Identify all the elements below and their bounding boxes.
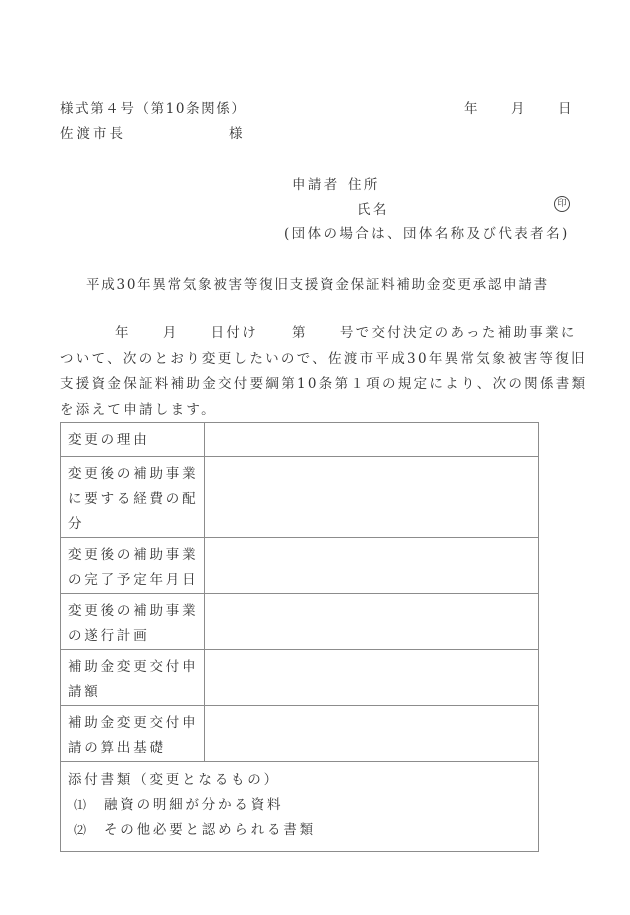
application-table: 変更の理由 変更後の補助事業 に要する経費の配 分 変更後の補助事業 の完了予定…	[60, 422, 539, 852]
row-label-line: 変更後の補助事業	[68, 462, 204, 487]
date-year-label: 年	[464, 97, 478, 117]
row-label-line: 変更後の補助事業	[68, 599, 204, 624]
document-title: 平成30年異常気象被害等復旧支援資金保証料補助金変更承認申請書	[86, 273, 549, 293]
body-line-1: 年月日付け第号で交付決定のあった補助事業に	[60, 321, 560, 347]
table-row-attachments: 添付書類（変更となるもの） ⑴融資の明細が分かる資料 ⑵その他必要と認められる書…	[61, 762, 539, 852]
table-row-completion-date: 変更後の補助事業 の完了予定年月日	[61, 538, 539, 594]
recipient: 佐渡市長	[60, 122, 126, 142]
reason-value-field[interactable]	[205, 423, 539, 457]
row-label: 変更後の補助事業 に要する経費の配 分	[61, 457, 205, 538]
row-label-line: に要する経費の配	[68, 487, 204, 512]
execution-plan-value-field[interactable]	[205, 594, 539, 650]
row-label-line: 分	[68, 512, 204, 537]
row-label: 補助金変更交付申 請額	[61, 650, 205, 706]
row-label: 補助金変更交付申 請の算出基礎	[61, 706, 205, 762]
date-day-label: 日	[558, 97, 572, 117]
row-label-line: の完了予定年月日	[68, 568, 204, 593]
attachment-text: 融資の明細が分かる資料	[104, 797, 283, 813]
attachment-number: ⑵	[74, 818, 104, 843]
body-line-4: を添えて申請します。	[60, 398, 560, 424]
table-row-reason: 変更の理由	[61, 423, 539, 457]
row-label-line: の遂行計画	[68, 624, 204, 649]
table-row-expense-allocation: 変更後の補助事業 に要する経費の配 分	[61, 457, 539, 538]
body-day-suffix: 日付け	[211, 325, 258, 341]
expense-allocation-value-field[interactable]	[205, 457, 539, 538]
body-line-2: ついて、次のとおり変更したいので、佐渡市平成30年異常気象被害等復旧	[60, 347, 560, 373]
group-note: (団体の場合は、団体名称及び代表者名)	[284, 222, 570, 242]
attachment-item: ⑴融資の明細が分かる資料	[68, 793, 538, 818]
address-label: 住所	[348, 173, 380, 193]
table-row-grant-amount: 補助金変更交付申 請額	[61, 650, 539, 706]
row-label-line: 変更の理由	[68, 432, 150, 448]
body-number-prefix: 第	[292, 325, 308, 341]
seal-icon: 印	[554, 196, 570, 212]
applicant-label: 申請者	[292, 173, 340, 193]
row-label-line: 補助金変更交付申	[68, 711, 204, 736]
attachments-cell: 添付書類（変更となるもの） ⑴融資の明細が分かる資料 ⑵その他必要と認められる書…	[61, 762, 539, 852]
recipient-honorific: 様	[229, 122, 243, 142]
row-label: 変更後の補助事業 の完了予定年月日	[61, 538, 205, 594]
table-row-execution-plan: 変更後の補助事業 の遂行計画	[61, 594, 539, 650]
attachment-item: ⑵その他必要と認められる書類	[68, 818, 538, 843]
grant-amount-value-field[interactable]	[205, 650, 539, 706]
completion-date-value-field[interactable]	[205, 538, 539, 594]
row-label: 変更後の補助事業 の遂行計画	[61, 594, 205, 650]
row-label-line: 補助金変更交付申	[68, 655, 204, 680]
row-label: 変更の理由	[61, 423, 205, 457]
body-month: 月	[163, 325, 179, 341]
table-row-calculation-basis: 補助金変更交付申 請の算出基礎	[61, 706, 539, 762]
form-number: 様式第４号（第10条関係）	[60, 97, 246, 117]
row-label-line: 請額	[68, 680, 204, 705]
attachment-number: ⑴	[74, 793, 104, 818]
attachment-text: その他必要と認められる書類	[104, 822, 316, 838]
attachments-heading: 添付書類（変更となるもの）	[68, 768, 538, 793]
name-label: 氏名	[357, 198, 389, 218]
body-line-1-rest: 号で交付決定のあった補助事業に	[340, 325, 577, 341]
calculation-basis-value-field[interactable]	[205, 706, 539, 762]
row-label-line: 請の算出基礎	[68, 736, 204, 761]
row-label-line: 変更後の補助事業	[68, 543, 204, 568]
date-month-label: 月	[511, 97, 525, 117]
body-line-3: 支援資金保証料補助金交付要綱第10条第１項の規定により、次の関係書類	[60, 372, 560, 398]
body-year: 年	[115, 325, 131, 341]
body-paragraph: 年月日付け第号で交付決定のあった補助事業に ついて、次のとおり変更したいので、佐…	[60, 321, 560, 423]
